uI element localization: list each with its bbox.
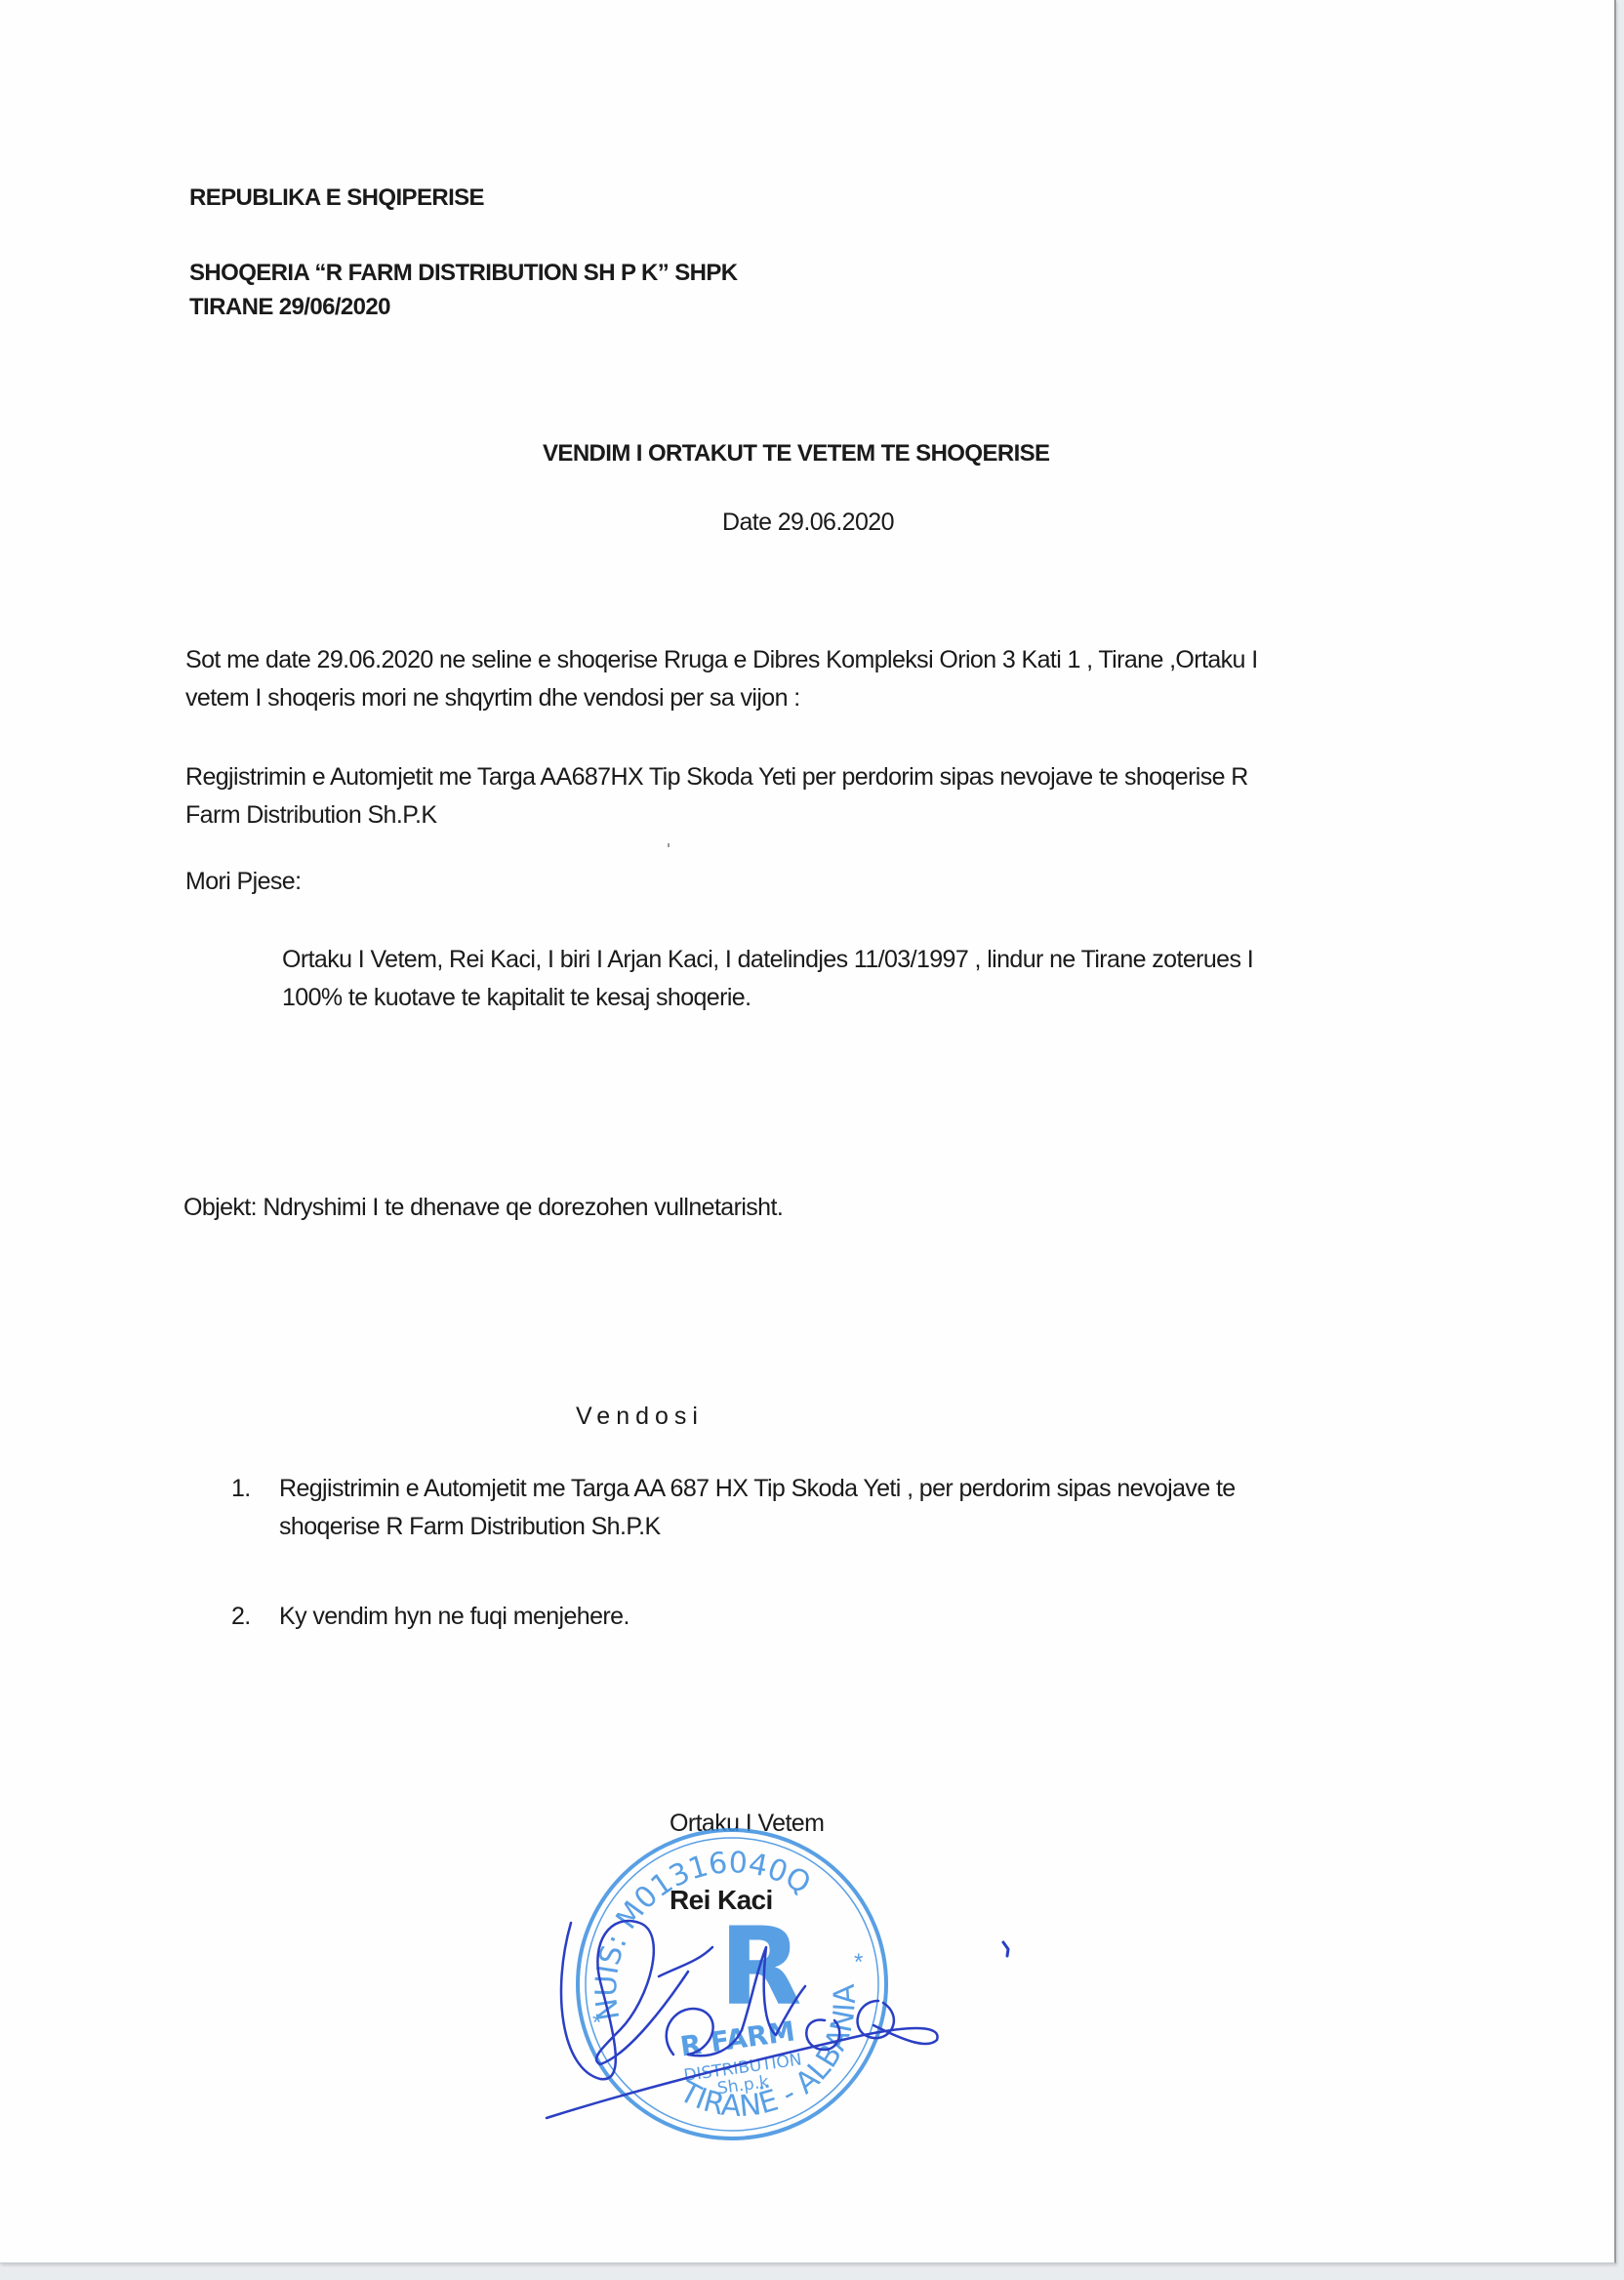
decision-1-number: 1.: [231, 1474, 251, 1503]
document-page: REPUBLIKA E SHQIPERISE SHOQERIA “R FARM …: [0, 0, 1616, 2263]
participant-line-1: Ortaku I Vetem, Rei Kaci, I biri I Arjan…: [282, 945, 1253, 974]
decision-2-number: 2.: [231, 1602, 251, 1631]
scan-speck: [668, 843, 670, 847]
document-title: VENDIM I ORTAKUT TE VETEM TE SHOQERISE: [543, 439, 1049, 468]
place-date-header: TIRANE 29/06/2020: [189, 293, 390, 322]
participants-label: Mori Pjese:: [185, 867, 301, 896]
decision-1-line-1: Regjistrimin e Automjetit me Targa AA 68…: [279, 1474, 1236, 1503]
company-header: SHOQERIA “R FARM DISTRIBUTION SH P K” SH…: [189, 259, 738, 288]
participant-line-2: 100% te kuotave te kapitalit te kesaj sh…: [282, 983, 751, 1012]
decision-2-line-1: Ky vendim hyn ne fuqi menjehere.: [279, 1602, 629, 1631]
decision-heading: Vendosi: [576, 1402, 704, 1431]
intro-line-1: Sot me date 29.06.2020 ne seline e shoqe…: [185, 645, 1258, 674]
subject-line-1: Regjistrimin e Automjetit me Targa AA687…: [185, 762, 1248, 792]
ink-mark: [1000, 1940, 1014, 1958]
country-header: REPUBLIKA E SHQIPERISE: [189, 183, 484, 213]
intro-line-2: vetem I shoqeris mori ne shqyrtim dhe ve…: [185, 683, 800, 712]
document-date: Date 29.06.2020: [722, 508, 894, 537]
subject-line-2: Farm Distribution Sh.P.K: [185, 800, 436, 830]
objekt-line: Objekt: Ndryshimi I te dhenave qe dorezo…: [183, 1193, 783, 1222]
decision-1-line-2: shoqerise R Farm Distribution Sh.P.K: [279, 1512, 661, 1541]
signatory-name: Rei Kaci: [670, 1886, 773, 1915]
